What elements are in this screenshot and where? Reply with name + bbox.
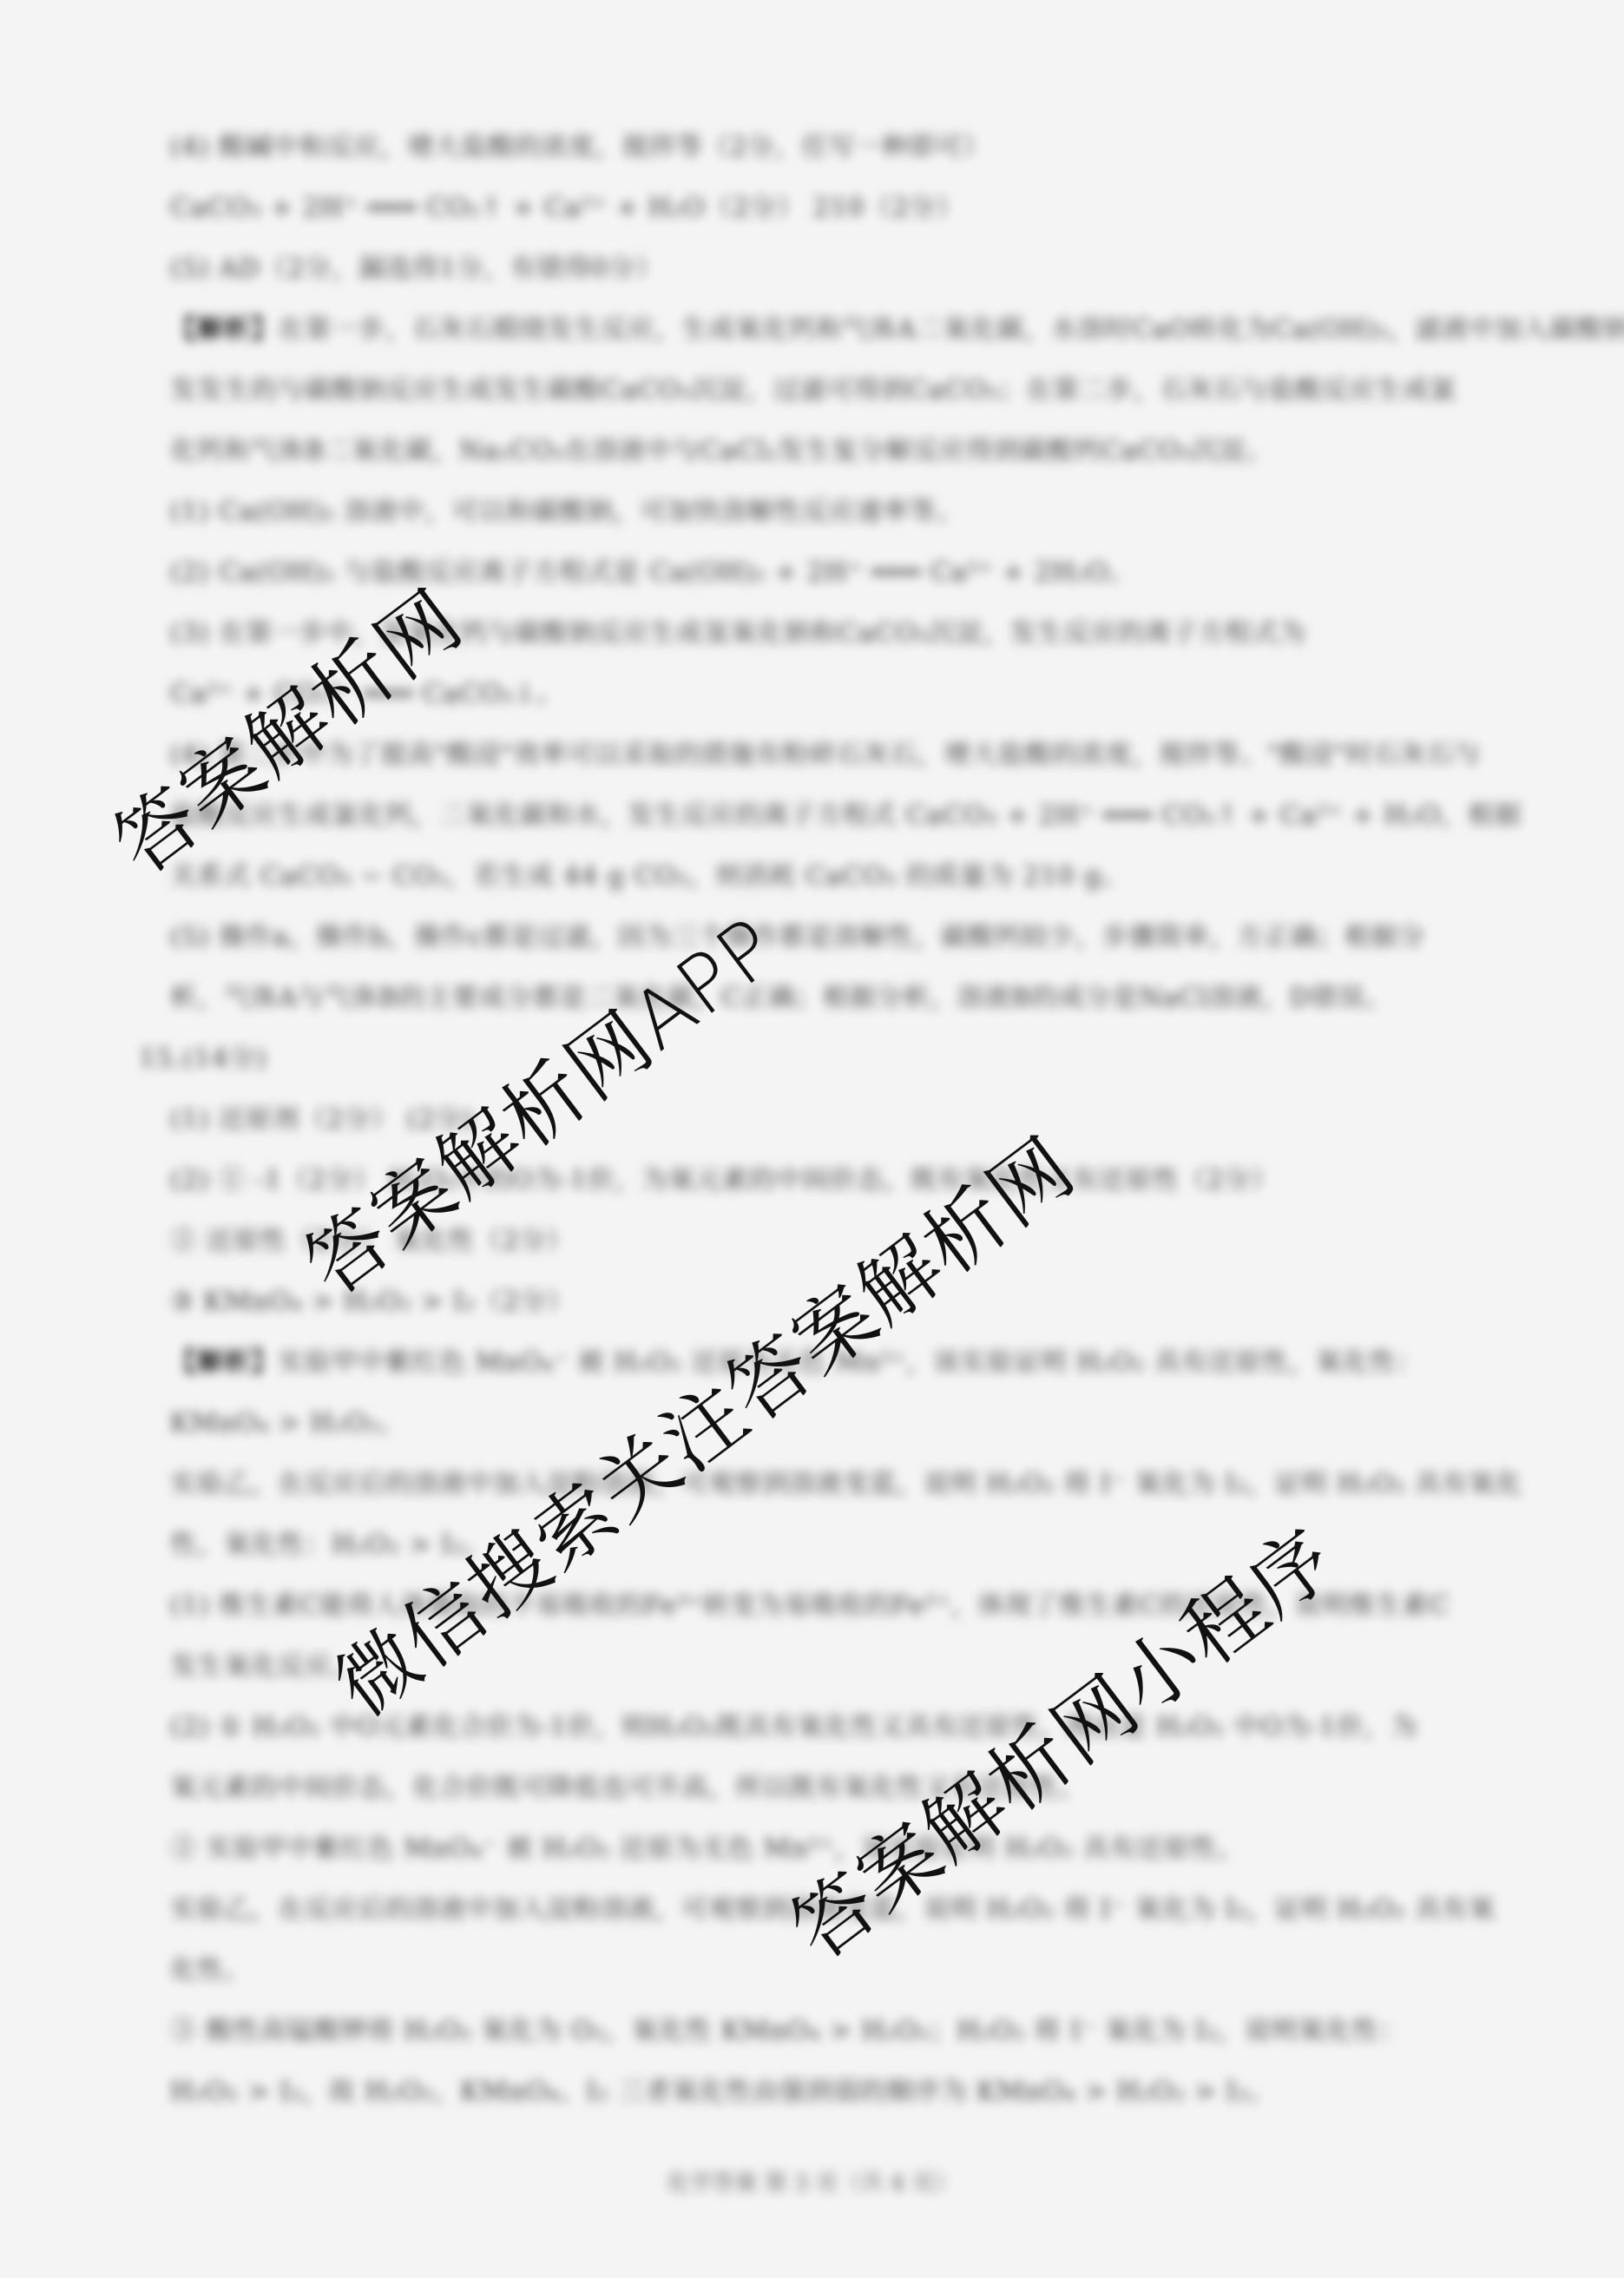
text-line: 【解析】在第一步，石灰石煅烧发生反应，生成氧化钙和气体A二氧化碳，水溶时CaO转… (170, 314, 1624, 346)
text-line: KMnO₄ > H₂O₂。 (170, 1408, 405, 1439)
text-line: H₂O₂ > I₂，故 H₂O₂、KMnO₄、I₂ 三者氧化性由强到弱的顺序为 … (170, 2077, 1275, 2108)
text-line: (2) Ca(OH)₂ 与盐酸反应离子方程式是 Ca(OH)₂ + 2H⁺ ══… (170, 557, 1136, 589)
text-line: ② 实验甲中紫红色 MnO₄⁻ 被 H₂O₂ 还原为无色 Mn²⁺，该实验证明 … (170, 1834, 1244, 1865)
text-line: (4) 第二步中为了提高"酸浸"效率可以采取的措施有粉碎石灰石，增大盐酸的浓度，… (170, 740, 1481, 771)
text-line: 15.(14分) (139, 1044, 266, 1075)
text-line: (4) 酸碱中和反应，增大盐酸的浓度，搅拌等（2分，任写一种即可） (170, 132, 990, 163)
text-line: (5) AD（2分，漏选得1分，有错得0分） (170, 253, 662, 285)
text-line: (1) Ca(OH)₂ 溶液中，可以和碳酸钠，可加快溶解性反应速率等。 (170, 497, 963, 528)
section-label: 【解析】 (170, 1347, 278, 1378)
text-line: (2) ① H₂O₂ 中O元素化合价为-1价，则H₂O₂既具有氧化性又具有还原性… (170, 1712, 1417, 1743)
document-page: (4) 酸碱中和反应，增大盐酸的浓度，搅拌等（2分，任写一种即可）CaCO₃ +… (0, 0, 1624, 2278)
section-label: 【解析】 (170, 314, 278, 345)
text-line: 发发生的与碳酸钠反应生成发生碳酸CaCO₃沉淀，过滤可得到CaCO₃；在第二步，… (170, 375, 1456, 406)
page-footer: 化学答案 第 3 页（共 4 页） (0, 2165, 1624, 2197)
text-line: 化钙和气体B二氧化碳，Na₂CO₃在溶液中与CaCl₂发生复分解反应得到碳酸钙C… (170, 436, 1273, 467)
text-line: ③ 酸性高锰酸钾将 H₂O₂ 氧化为 O₂，氧化性 KMnO₄ > H₂O₂；H… (170, 2016, 1406, 2047)
watermark: 答案解析网 (88, 559, 483, 896)
text-line: (5) 操作a，操作b，操作c都是过滤，因为三个操作都是溶解性，碳酸钙较少，步骤… (170, 922, 1425, 953)
text-line: CaCO₃ + 2H⁺ ═══ CO₂↑ + Ca²⁺ + H₂O（2分） 21… (170, 193, 963, 224)
text-line: 盐酸反应生成氯化钙，二氧化碳和水，发生反应的离子方程式 CaCO₃ + 2H⁺ … (170, 800, 1522, 832)
text-line: 关系式 CaCO₃ ~ CO₂，若生成 44 g CO₂，则消耗 CaCO₃ 的… (170, 861, 1128, 892)
text-line: 化性。 (170, 1955, 251, 1986)
text-line: 实验乙，在反应后的溶液中加入淀粉溶液，可观察到溶液变蓝，说明 H₂O₂ 将 I⁻… (170, 1469, 1522, 1500)
line-text: 在第一步，石灰石煅烧发生反应，生成氧化钙和气体A二氧化碳，水溶时CaO转化为Ca… (278, 314, 1624, 345)
